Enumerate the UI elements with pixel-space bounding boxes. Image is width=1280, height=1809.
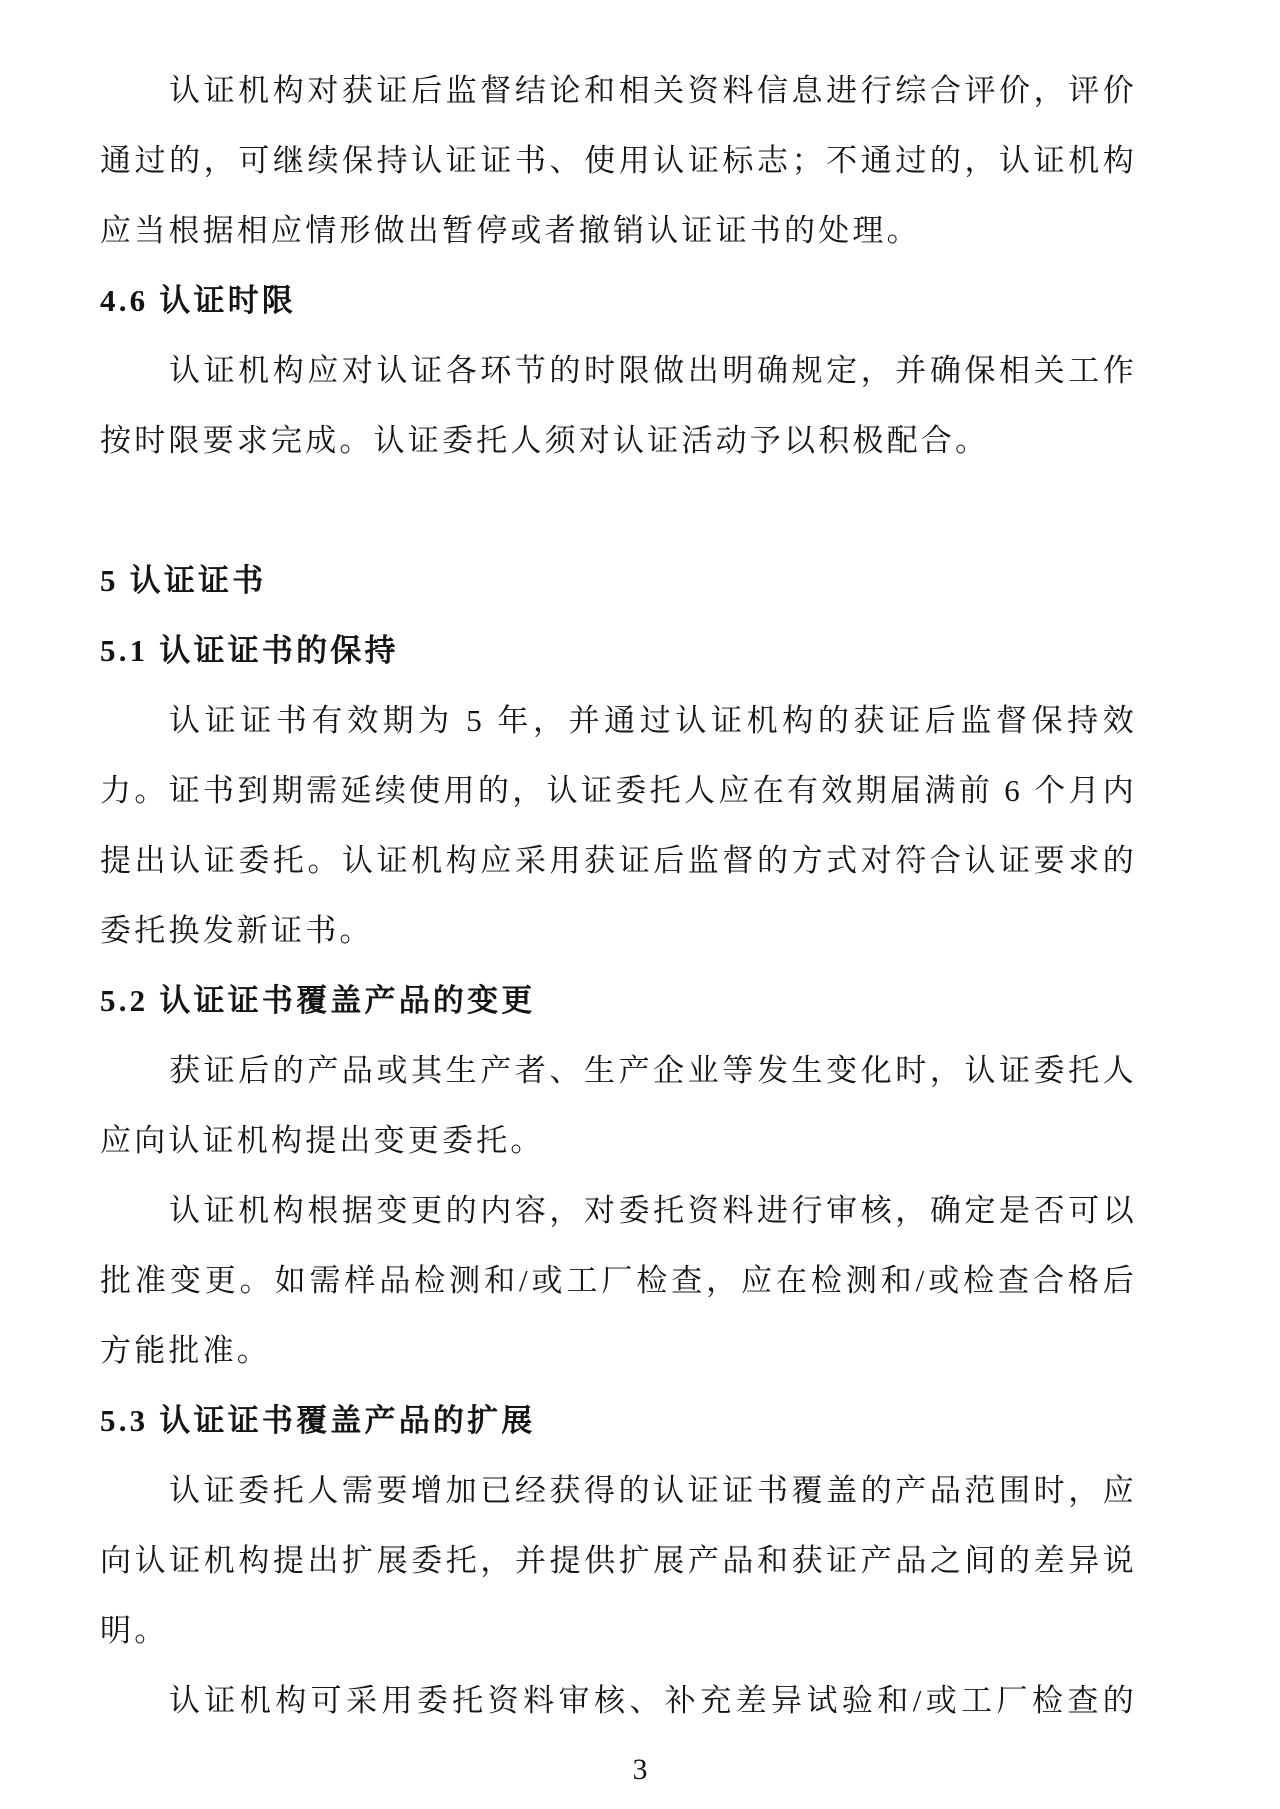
- paragraph-5-2-b: 认证机构根据变更的内容，对委托资料进行审核，确定是否可以批准变更。如需样品检测和…: [100, 1176, 1137, 1386]
- heading-4-6: 4.6 认证时限: [100, 266, 1137, 336]
- paragraph-5-2-a: 获证后的产品或其生产者、生产企业等发生变化时，认证委托人应向认证机构提出变更委托…: [100, 1036, 1137, 1176]
- heading-5-1: 5.1 认证证书的保持: [100, 616, 1137, 686]
- body-text: 认证机构对获证后监督结论和相关资料信息进行综合评价，评价通过的，可继续保持认证证…: [100, 56, 1137, 1736]
- heading-5-2: 5.2 认证证书覆盖产品的变更: [100, 966, 1137, 1036]
- paragraph-5-1: 认证证书有效期为 5 年，并通过认证机构的获证后监督保持效力。证书到期需延续使用…: [100, 686, 1137, 966]
- page-number: 3: [0, 1735, 1280, 1805]
- heading-5: 5 认证证书: [100, 546, 1137, 616]
- paragraph-5-3-a: 认证委托人需要增加已经获得的认证证书覆盖的产品范围时，应向认证机构提出扩展委托，…: [100, 1456, 1137, 1666]
- paragraph-4-6: 认证机构应对认证各环节的时限做出明确规定，并确保相关工作按时限要求完成。认证委托…: [100, 336, 1137, 476]
- paragraph-5-3-b-truncated: 认证机构可采用委托资料审核、补充差异试验和/或工厂检查的: [100, 1666, 1137, 1736]
- paragraph-4-5-continuation: 认证机构对获证后监督结论和相关资料信息进行综合评价，评价通过的，可继续保持认证证…: [100, 56, 1137, 266]
- document-page: 认证机构对获证后监督结论和相关资料信息进行综合评价，评价通过的，可继续保持认证证…: [0, 0, 1280, 1809]
- heading-5-3: 5.3 认证证书覆盖产品的扩展: [100, 1386, 1137, 1456]
